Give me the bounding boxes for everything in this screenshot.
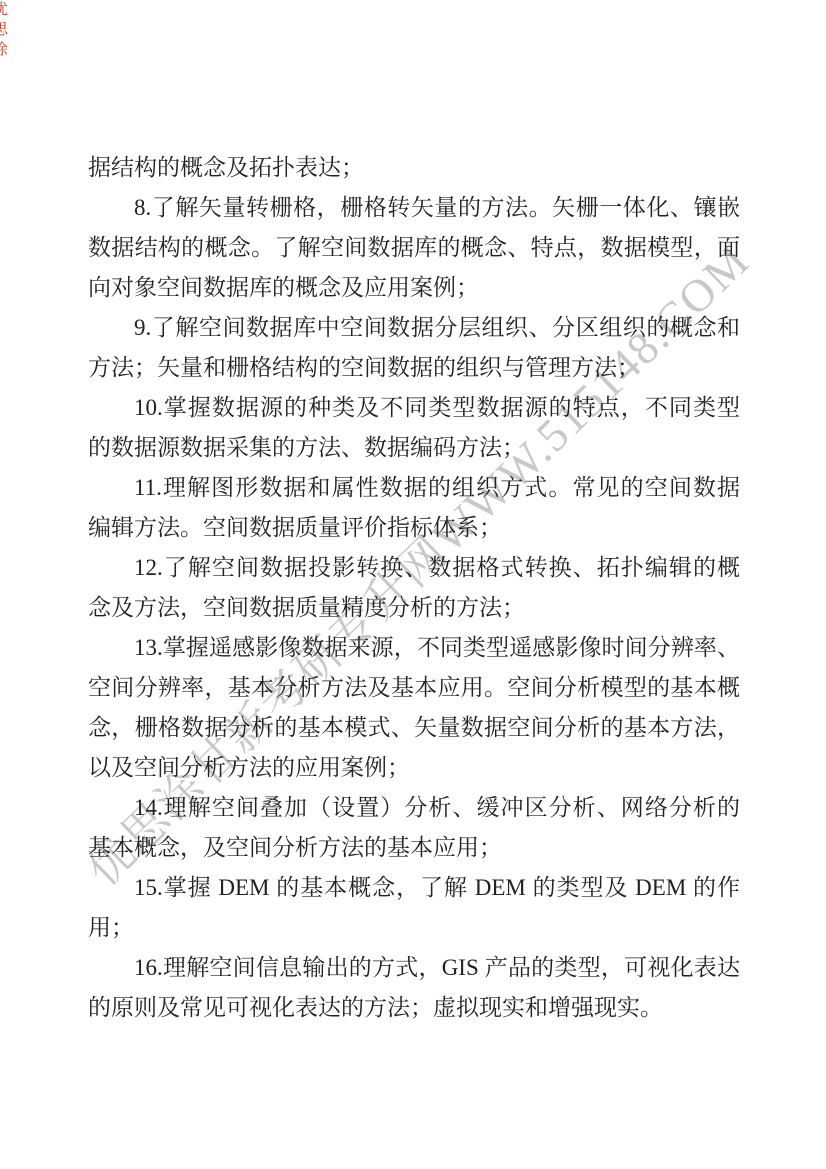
document-line: 空间分辨率，基本分析方法及基本应用。空间分析模型的基本概: [88, 668, 740, 708]
document-line: 13.掌握遥感影像数据来源，不同类型遥感影像时间分辨率、: [88, 628, 740, 668]
red-edge-glyph: 思: [0, 23, 8, 38]
document-line: 念，栅格数据分析的基本模式、矢量数据空间分析的基本方法，: [88, 708, 740, 748]
document-line: 据结构的概念及拓扑表达；: [88, 148, 740, 188]
document-line: 的原则及常见可视化表达的方法；虚拟现实和增强现实。: [88, 988, 740, 1028]
document-line: 以及空间分析方法的应用案例；: [88, 748, 740, 788]
document-line: 用；: [88, 908, 740, 948]
syllabus-text-block: 据结构的概念及拓扑表达；8.了解矢量转栅格，栅格转矢量的方法。矢栅一体化、镶嵌数…: [88, 148, 740, 1028]
document-line: 编辑方法。空间数据质量评价指标体系；: [88, 508, 740, 548]
document-line: 基本概念，及空间分析方法的基本应用；: [88, 828, 740, 868]
document-line: 11.理解图形数据和属性数据的组织方式。常见的空间数据: [88, 468, 740, 508]
document-line: 16.理解空间信息输出的方式，GIS 产品的类型，可视化表达: [88, 948, 740, 988]
document-line: 方法；矢量和栅格结构的空间数据的组织与管理方法；: [88, 348, 740, 388]
document-line: 15.掌握 DEM 的基本概念，了解 DEM 的类型及 DEM 的作: [88, 868, 740, 908]
document-line: 10.掌握数据源的种类及不同类型数据源的特点，不同类型: [88, 388, 740, 428]
document-line: 9.了解空间数据库中空间数据分层组织、分区组织的概念和: [88, 308, 740, 348]
document-line: 的数据源数据采集的方法、数据编码方法；: [88, 428, 740, 468]
document-line: 14.理解空间叠加（设置）分析、缓冲区分析、网络分析的: [88, 788, 740, 828]
red-edge-glyph: 优: [0, 3, 8, 18]
document-line: 念及方法，空间数据质量精度分析的方法；: [88, 588, 740, 628]
document-line: 12.了解空间数据投影转换、数据格式转换、拓扑编辑的概: [88, 548, 740, 588]
document-page: 优思涂甘新考研专升网WWW.515148.COM 优思涂 据结构的概念及拓扑表达…: [0, 0, 826, 1169]
red-edge-glyph: 涂: [0, 43, 8, 58]
document-line: 数据结构的概念。了解空间数据库的概念、特点，数据模型，面: [88, 228, 740, 268]
document-line: 向对象空间数据库的概念及应用案例；: [88, 268, 740, 308]
document-line: 8.了解矢量转栅格，栅格转矢量的方法。矢栅一体化、镶嵌: [88, 188, 740, 228]
